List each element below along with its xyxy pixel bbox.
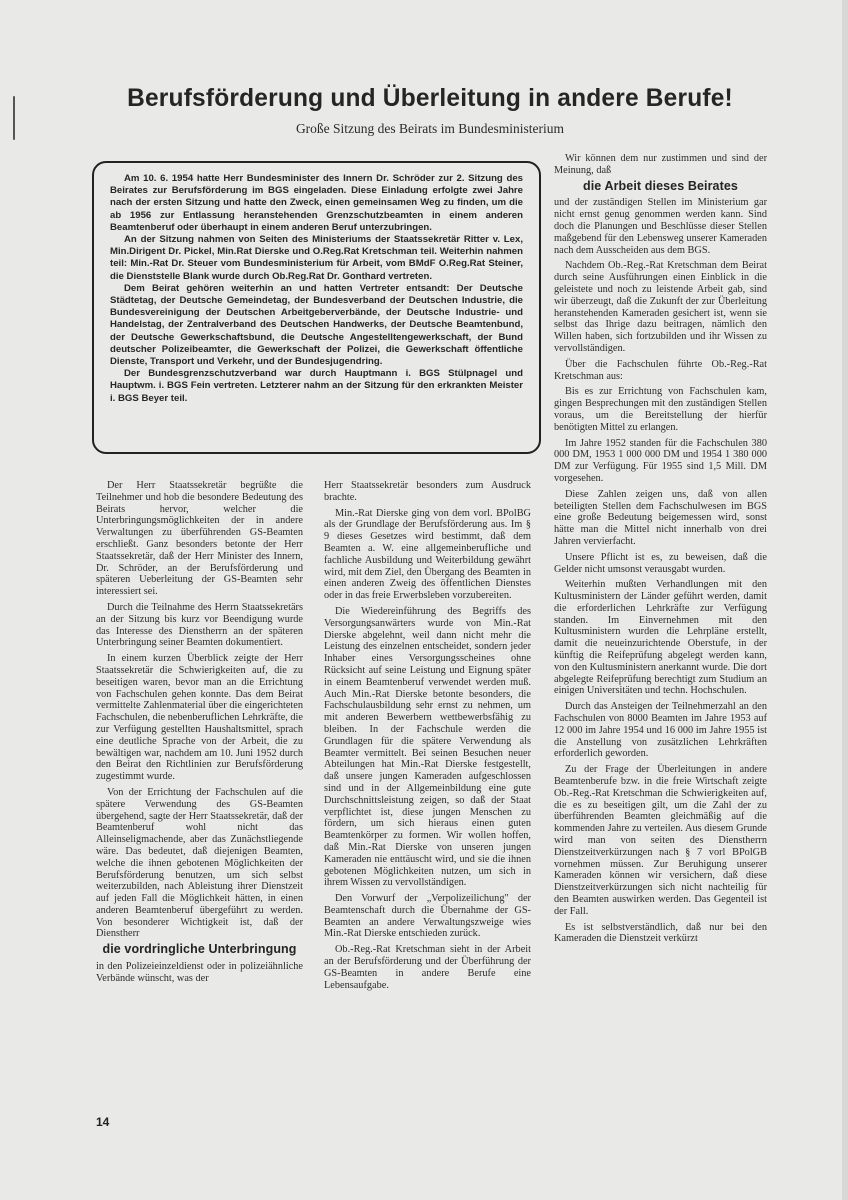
intro-paragraph: Der Bundesgrenzschutzverband war durch H…: [110, 368, 523, 405]
body-paragraph: Den Vorwurf der „Verpolizeilichung" der …: [324, 893, 531, 940]
intro-paragraph: Dem Beirat gehören weiterhin an und hatt…: [110, 283, 523, 368]
magazine-page: Berufsförderung und Überleitung in ander…: [0, 0, 848, 1200]
body-paragraph: Ob.-Reg.-Rat Kretschman sieht in der Arb…: [324, 944, 531, 991]
subheadline: Große Sitzung des Beirats im Bundesminis…: [80, 121, 780, 137]
intro-box: Am 10. 6. 1954 hatte Herr Bundesminister…: [92, 161, 541, 454]
intro-paragraph: Am 10. 6. 1954 hatte Herr Bundesminister…: [110, 173, 523, 234]
body-paragraph: und der zuständigen Stellen im Ministeri…: [554, 197, 767, 256]
body-paragraph: Über die Fachschulen führte Ob.-Reg.-Rat…: [554, 359, 767, 383]
body-paragraph: Nachdem Ob.-Reg.-Rat Kretschman dem Beir…: [554, 260, 767, 354]
body-paragraph: Die Wiedereinführung des Begriffs des Ve…: [324, 606, 531, 889]
intro-paragraph: An der Sitzung nahmen von Seiten des Min…: [110, 234, 523, 283]
page-edge: [842, 0, 848, 1200]
body-paragraph: Unsere Pflicht ist es, zu beweisen, daß …: [554, 552, 767, 576]
subheading: die Arbeit dieses Beirates: [554, 181, 767, 193]
body-paragraph: Durch das Ansteigen der Teilnehmerzahl a…: [554, 701, 767, 760]
body-paragraph: Diese Zahlen zeigen uns, daß von allen b…: [554, 489, 767, 548]
body-paragraph: Es ist selbstverständlich, daß nur bei d…: [554, 922, 767, 946]
body-paragraph: Bis es zur Errichtung von Fachschulen ka…: [554, 386, 767, 433]
body-paragraph: Der Herr Staatssekretär begrüßte die Tei…: [96, 480, 303, 598]
body-paragraph: Durch die Teilnahme des Herrn Staatssekr…: [96, 602, 303, 649]
column-1: Der Herr Staatssekretär begrüßte die Tei…: [96, 480, 303, 989]
binding-mark: [13, 96, 15, 140]
body-paragraph: Min.-Rat Dierske ging von dem vorl. BPol…: [324, 508, 531, 602]
body-paragraph: In einem kurzen Überblick zeigte der Her…: [96, 653, 303, 783]
body-paragraph: in den Polizeieinzeldienst oder in poliz…: [96, 961, 303, 985]
column-3: Wir können dem nur zustimmen und sind de…: [554, 153, 767, 949]
body-paragraph: Wir können dem nur zustimmen und sind de…: [554, 153, 767, 177]
body-paragraph: Von der Errichtung der Fachschulen auf d…: [96, 787, 303, 940]
subheading: die vordringliche Unterbringung: [96, 944, 303, 956]
column-2: Herr Staatssekretär besonders zum Ausdru…: [324, 480, 531, 995]
headline: Berufsförderung und Überleitung in ander…: [87, 84, 773, 113]
body-paragraph: Herr Staatssekretär besonders zum Ausdru…: [324, 480, 531, 504]
body-paragraph: Im Jahre 1952 standen für die Fachschule…: [554, 438, 767, 485]
body-paragraph: Zu der Frage der Überleitungen in andere…: [554, 764, 767, 917]
body-paragraph: Weiterhin mußten Verhandlungen mit den K…: [554, 579, 767, 697]
page-number: 14: [96, 1115, 109, 1129]
